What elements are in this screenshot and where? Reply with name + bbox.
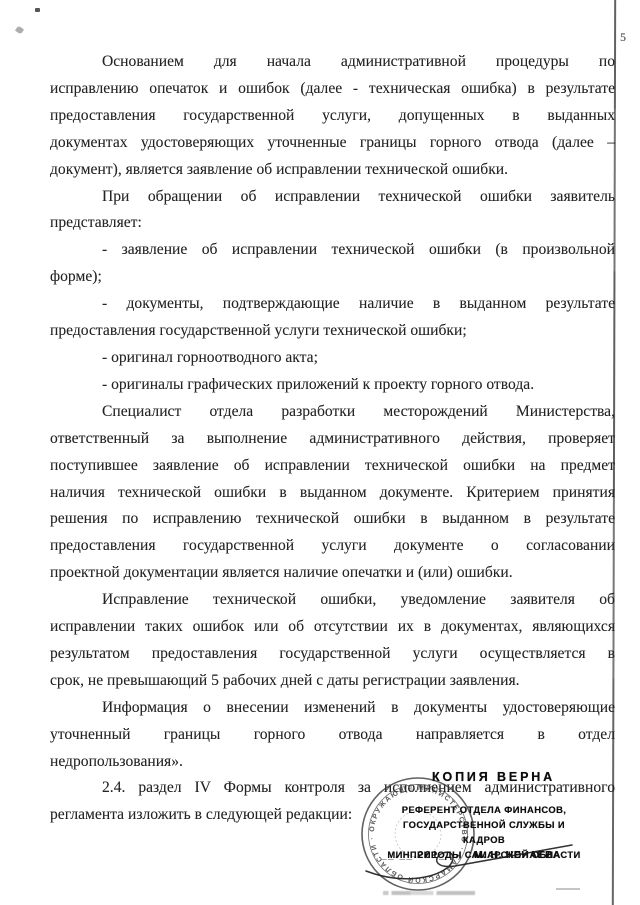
paragraph: - оригинал горноотводного акта; [50,345,615,372]
text-line: документах удостоверяющих уточненные гра… [50,130,615,157]
scanned-document-page: 5 Основанием для начала административной… [0,0,640,905]
text-line: проектной документации является наличие … [50,560,615,587]
text-line: 2.4. раздел IV Формы контроля за исполне… [50,775,615,802]
text-line: Исправление технической ошибки, уведомле… [50,587,615,614]
text-line: регламента изложить в следующей редакции… [50,802,615,829]
stamp-title-line: МИНПРИРОДЫ САМАРСКОЙ ОБЛАСТИ [387,848,581,863]
text-line: уточненный границы горного отвода направ… [50,722,615,749]
paragraph: Информация о внесении изменений в докуме… [50,695,615,776]
text-line: - оригиналы графических приложений к про… [50,372,615,399]
text-line: представляет: [50,210,615,237]
scan-speck [35,8,40,12]
stamp-date-blank: __.__.201_ [381,850,446,861]
text-line: При обращении об исправлении технической… [50,184,615,211]
stamp-date-row: __.__.201_ М. Н. НЕЧАЕВА [381,849,561,861]
scan-smudge [383,891,475,895]
text-line: - заявление об исправлении технической о… [50,237,615,264]
paragraph: Основанием для начала административной п… [50,49,615,184]
scan-speck [15,26,24,35]
text-line: форме); [50,264,615,291]
text-line: наличия технической ошибки в выданном до… [50,480,615,507]
text-line: Специалист отдела разработки месторожден… [50,399,615,426]
text-line: - оригинал горноотводного акта; [50,345,615,372]
text-line: недропользования». [50,749,615,776]
text-line: срок, не превышающий 5 рабочих дней с да… [50,668,615,695]
signature-stroke [358,830,588,890]
signer-name: М. Н. НЕЧАЕВА [474,849,561,861]
text-line: решения по исправлению технической ошибк… [50,506,615,533]
paragraph: 2.4. раздел IV Формы контроля за исполне… [50,775,615,829]
text-line: исправлении таких ошибок или об отсутств… [50,614,615,641]
text-line: результатом предоставления государственн… [50,641,615,668]
text-line: предоставления государственной услуги, д… [50,103,615,130]
text-line: Информация о внесении изменений в докуме… [50,695,615,722]
text-line: документ), является заявление об исправл… [50,157,615,184]
paragraph: Специалист отдела разработки месторожден… [50,399,615,587]
paragraph: - документы, подтверждающие наличие в вы… [50,291,615,345]
text-line: поступившее заявление об исправлении тех… [50,453,615,480]
paragraph: При обращении об исправлении технической… [50,184,615,238]
text-line: исправлению опечаток и ошибок (далее - т… [50,76,615,103]
page-number: 5 [620,30,626,45]
paragraph: Исправление технической ошибки, уведомле… [50,587,615,695]
text-line: предоставления государственной услуги те… [50,318,615,345]
paragraph: - оригиналы графических приложений к про… [50,372,615,399]
text-line: предоставления государственной услуги до… [50,533,615,560]
scan-dash [556,888,580,890]
text-line: Основанием для начала административной п… [50,49,615,76]
text-line: ответственный за выполнение администрати… [50,426,615,453]
document-body: Основанием для начала административной п… [50,49,615,829]
text-line: - документы, подтверждающие наличие в вы… [50,291,615,318]
paragraph: - заявление об исправлении технической о… [50,237,615,291]
